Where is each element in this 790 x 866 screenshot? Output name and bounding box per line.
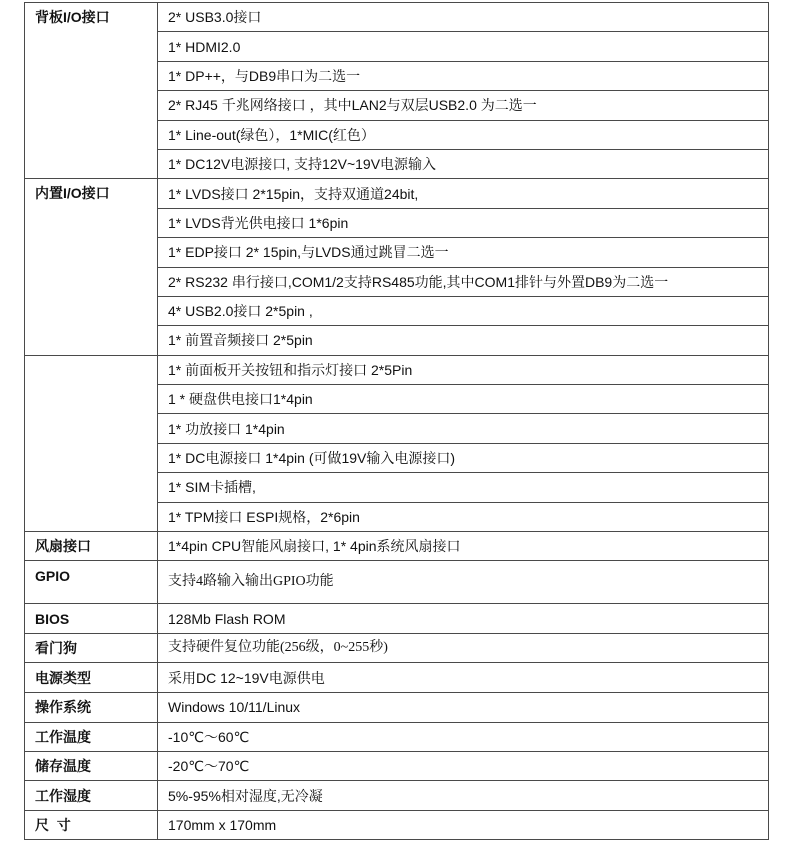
cell-value: 1* DP++，与DB9串口为二选一 bbox=[158, 61, 769, 90]
row-label-other-io bbox=[25, 355, 158, 531]
table-row: 工作湿度 5%-95%相对湿度,无冷凝 bbox=[25, 781, 769, 810]
cell-value: 1* LVDS接口 2*15pin，支持双通道24bit, bbox=[158, 179, 769, 208]
row-label-fan: 风扇接口 bbox=[25, 532, 158, 561]
cell-value: 1* 功放接口 1*4pin bbox=[158, 414, 769, 443]
cell-value: 2* USB3.0接口 bbox=[158, 3, 769, 32]
cell-value: 1* Line-out(绿色），1*MIC(红色） bbox=[158, 120, 769, 149]
table-row: 看门狗 支持硬件复位功能(256级，0~255秒) bbox=[25, 633, 769, 662]
cell-value: 1* DC12V电源接口, 支持12V~19V电源输入 bbox=[158, 149, 769, 178]
cell-value: 支持硬件复位功能(256级，0~255秒) bbox=[158, 633, 769, 662]
cell-value: 采用DC 12~19V电源供电 bbox=[158, 663, 769, 693]
table-row: 背板I/O接口 2* USB3.0接口 bbox=[25, 3, 769, 32]
cell-value: 1 * 硬盘供电接口1*4pin bbox=[158, 385, 769, 414]
cell-value: 1*4pin CPU智能风扇接口, 1* 4pin系统风扇接口 bbox=[158, 532, 769, 561]
cell-value: 128Mb Flash ROM bbox=[158, 604, 769, 633]
row-label-dimensions: 尺 寸 bbox=[25, 810, 158, 839]
table-row: 电源类型 采用DC 12~19V电源供电 bbox=[25, 663, 769, 693]
cell-value: 2* RJ45 千兆网络接口 ，其中LAN2与双层USB2.0 为二选一 bbox=[158, 91, 769, 120]
cell-value: 1* DC电源接口 1*4pin (可做19V输入电源接口) bbox=[158, 443, 769, 472]
table-row: GPIO 支持4路输入输出GPIO功能 bbox=[25, 561, 769, 604]
cell-value: 1* HDMI2.0 bbox=[158, 32, 769, 61]
cell-value: 支持4路输入输出GPIO功能 bbox=[158, 561, 769, 604]
cell-value: -20℃～70℃ bbox=[158, 751, 769, 780]
cell-value: 1* 前面板开关按钮和指示灯接口 2*5Pin bbox=[158, 355, 769, 384]
cell-value: 1* TPM接口 ESPI规格，2*6pin bbox=[158, 502, 769, 531]
row-label-rear-io: 背板I/O接口 bbox=[25, 3, 158, 179]
cell-value: -10℃～60℃ bbox=[158, 722, 769, 751]
cell-value: 4* USB2.0接口 2*5pin , bbox=[158, 296, 769, 325]
table-row: BIOS 128Mb Flash ROM bbox=[25, 604, 769, 633]
row-label-os: 操作系统 bbox=[25, 693, 158, 722]
cell-value: 5%-95%相对湿度,无冷凝 bbox=[158, 781, 769, 810]
cell-value: 2* RS232 串行接口,COM1/2支持RS485功能,其中COM1排针与外… bbox=[158, 267, 769, 296]
row-label-power-type: 电源类型 bbox=[25, 663, 158, 693]
table-row: 1* 前面板开关按钮和指示灯接口 2*5Pin bbox=[25, 355, 769, 384]
row-label-storage-temp: 储存温度 bbox=[25, 751, 158, 780]
cell-value: 1* EDP接口 2* 15pin,与LVDS通过跳冒二选一 bbox=[158, 238, 769, 267]
row-label-gpio: GPIO bbox=[25, 561, 158, 604]
table-row: 尺 寸 170mm x 170mm bbox=[25, 810, 769, 839]
cell-value: 170mm x 170mm bbox=[158, 810, 769, 839]
row-label-bios: BIOS bbox=[25, 604, 158, 633]
table-row: 风扇接口 1*4pin CPU智能风扇接口, 1* 4pin系统风扇接口 bbox=[25, 532, 769, 561]
cell-value: 1* SIM卡插槽, bbox=[158, 473, 769, 502]
table-row: 操作系统 Windows 10/11/Linux bbox=[25, 693, 769, 722]
row-label-operating-temp: 工作温度 bbox=[25, 722, 158, 751]
table-row: 储存温度 -20℃～70℃ bbox=[25, 751, 769, 780]
row-label-humidity: 工作湿度 bbox=[25, 781, 158, 810]
row-label-watchdog: 看门狗 bbox=[25, 633, 158, 662]
table-row: 工作温度 -10℃～60℃ bbox=[25, 722, 769, 751]
row-label-internal-io: 内置I/O接口 bbox=[25, 179, 158, 355]
cell-value: Windows 10/11/Linux bbox=[158, 693, 769, 722]
cell-value: 1* 前置音频接口 2*5pin bbox=[158, 326, 769, 355]
cell-value: 1* LVDS背光供电接口 1*6pin bbox=[158, 208, 769, 237]
table-row: 内置I/O接口 1* LVDS接口 2*15pin，支持双通道24bit, bbox=[25, 179, 769, 208]
spec-table: 背板I/O接口 2* USB3.0接口 1* HDMI2.0 1* DP++，与… bbox=[24, 2, 769, 840]
